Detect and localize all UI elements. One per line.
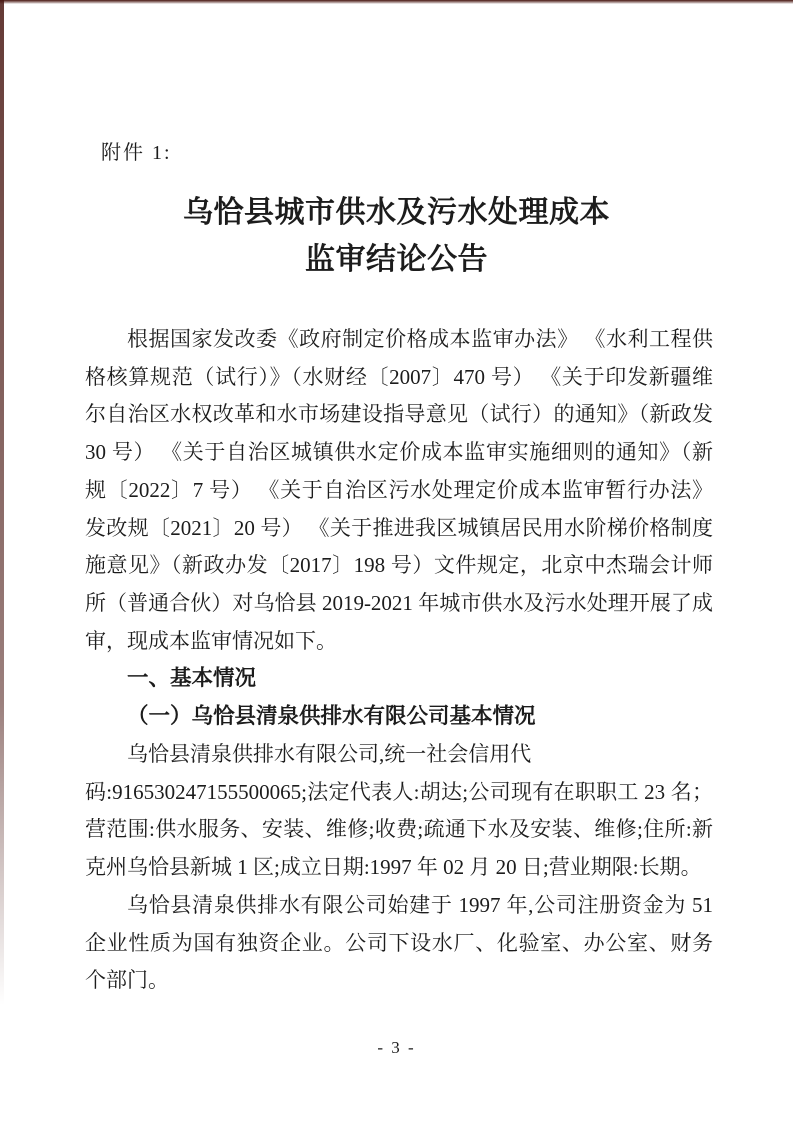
document-title: 乌恰县城市供水及污水处理成本 监审结论公告 (0, 189, 793, 283)
page-edge-top-artifact (0, 0, 793, 4)
paragraph-line: 格核算规范（试行）》（水财经〔2007〕470 号） 《关于印发新疆维吾 (85, 359, 713, 397)
section-heading: 一、基本情况 (85, 660, 713, 698)
paragraph-line: 企业性质为国有独资企业。公司下设水厂、化验室、办公室、财务室共四 (85, 925, 713, 963)
attachment-label: 附件 1: (101, 139, 172, 167)
paragraph-line: 施意见》（新政办发〔2017〕198 号）文件规定，北京中杰瑞会计师事务 (85, 547, 713, 585)
page-edge-left-artifact (0, 0, 4, 1005)
paragraph-line: 克州乌恰县新城 1 区;成立日期:1997 年 02 月 20 日;营业期限:长… (85, 849, 713, 887)
document-title-line1: 乌恰县城市供水及污水处理成本 (0, 189, 793, 236)
paragraph-line: 所（普通合伙）对乌恰县 2019-2021 年城市供水及污水处理开展了成本监 (85, 585, 713, 623)
document-body: 根据国家发改委《政府制定价格成本监审办法》 《水利工程供水价 格核算规范（试行）… (85, 321, 713, 1000)
paragraph-line: 个部门。 (85, 962, 713, 1000)
document-page: 附件 1: 乌恰县城市供水及污水处理成本 监审结论公告 根据国家发改委《政府制定… (0, 0, 793, 1122)
paragraph-line: 乌恰县清泉供排水有限公司,统一社会信用代 (85, 736, 713, 774)
paragraph-line: 规〔2022〕7 号） 《关于自治区污水处理定价成本监审暂行办法》（新 (85, 472, 713, 510)
paragraph-line: 发改规〔2021〕20 号） 《关于推进我区城镇居民用水阶梯价格制度的实 (85, 510, 713, 548)
paragraph-line: 尔自治区水权改革和水市场建设指导意见（试行）的通知》（新政发〔2017〕 (85, 396, 713, 434)
paragraph-line: 营范围:供水服务、安装、维修;收费;疏通下水及安装、维修;住所:新疆 (85, 811, 713, 849)
subsection-heading: （一）乌恰县清泉供排水有限公司基本情况 (85, 698, 713, 736)
paragraph-line: 乌恰县清泉供排水有限公司始建于 1997 年,公司注册资金为 51 万元。 (85, 887, 713, 925)
document-title-line2: 监审结论公告 (0, 236, 793, 283)
page-number: - 3 - (0, 1036, 793, 1060)
paragraph-line: 审，现成本监审情况如下。 (85, 623, 713, 661)
paragraph-line: 根据国家发改委《政府制定价格成本监审办法》 《水利工程供水价 (85, 321, 713, 359)
paragraph-line: 码:916530247155500065;法定代表人:胡达;公司现有在职职工 2… (85, 774, 713, 812)
paragraph-line: 30 号） 《关于自治区城镇供水定价成本监审实施细则的通知》（新发改 (85, 434, 713, 472)
